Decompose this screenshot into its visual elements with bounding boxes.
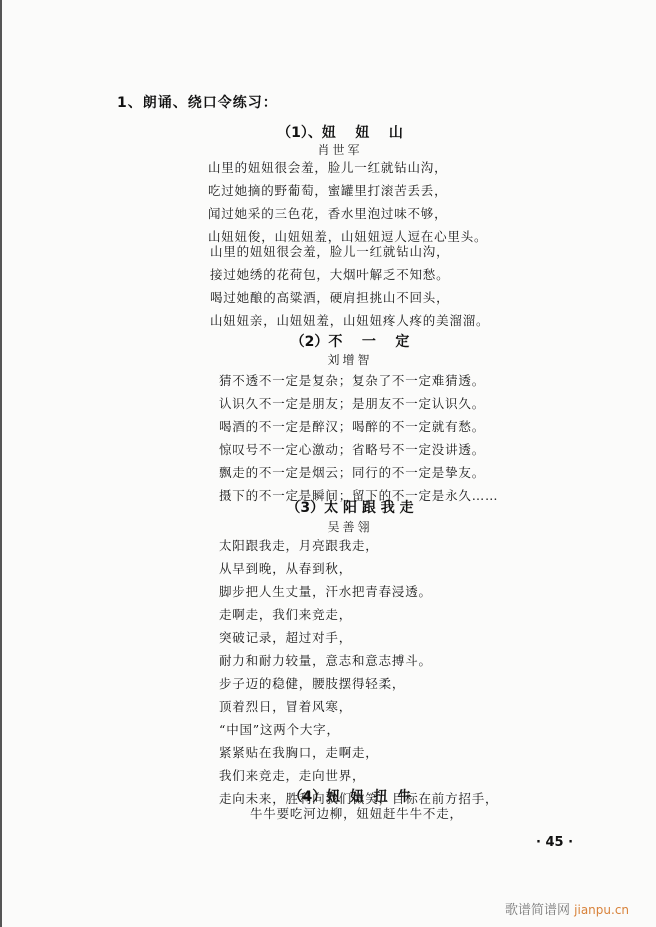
verse-line: 耐力和耐力较量，意志和意志搏斗。 bbox=[219, 649, 498, 672]
poem-3-stanza-1: 太阳跟我走，月亮跟我走， 从早到晚，从春到秋， 脚步把人生丈量，汗水把青春浸透。… bbox=[219, 534, 498, 810]
verse-line: 脚步把人生丈量，汗水把青春浸透。 bbox=[219, 580, 498, 603]
verse-line: 飘走的不一定是烟云；同行的不一定是挚友。 bbox=[219, 461, 498, 484]
verse-line: “中国”这两个大字， bbox=[219, 718, 498, 741]
verse-line: 接过她绣的花荷包，大烟叶解乏不知愁。 bbox=[210, 263, 489, 286]
poem-4-stanza-1: 牛牛要吃河边柳，妞妞赶牛牛不走， bbox=[250, 802, 463, 825]
watermark: 歌谱简谱网 jianpu.cn bbox=[505, 899, 629, 918]
verse-line: 突破记录，超过对手， bbox=[219, 626, 498, 649]
verse-line: 我们来竞走，走向世界， bbox=[219, 764, 498, 787]
verse-line: 喝过她酿的高粱酒，硬肩担挑山不回头， bbox=[210, 286, 489, 309]
poem-1-stanza-2: 山里的妞妞很会羞，脸儿一红就钻山沟， 接过她绣的花荷包，大烟叶解乏不知愁。 喝过… bbox=[210, 240, 489, 332]
verse-line: 顶着烈日，冒着风寒， bbox=[219, 695, 498, 718]
verse-line: 惊叹号不一定心激动；省略号不一定没讲透。 bbox=[219, 438, 498, 461]
verse-line: 山里的妞妞很会羞，脸儿一红就钻山沟， bbox=[208, 156, 487, 179]
verse-line: 猜不透不一定是复杂；复杂了不一定难猜透。 bbox=[219, 369, 498, 392]
verse-line: 太阳跟我走，月亮跟我走， bbox=[219, 534, 498, 557]
watermark-site-name: 歌谱简谱网 bbox=[505, 903, 570, 918]
watermark-site-domain: jianpu.cn bbox=[574, 903, 629, 917]
poem-2-stanza-1: 猜不透不一定是复杂；复杂了不一定难猜透。 认识久不一定是朋友；是朋友不一定认识久… bbox=[219, 369, 498, 507]
page-number: · 45 · bbox=[536, 835, 573, 850]
verse-line: 牛牛要吃河边柳，妞妞赶牛牛不走， bbox=[250, 802, 463, 825]
poem-1-stanza-1: 山里的妞妞很会羞，脸儿一红就钻山沟， 吃过她摘的野葡萄，蜜罐里打滚苦丢丢， 闻过… bbox=[208, 156, 487, 248]
section-heading: 1、朗诵、绕口令练习： bbox=[117, 92, 278, 112]
verse-line: 走啊走，我们来竞走， bbox=[219, 603, 498, 626]
poem-author-2: 刘增智 bbox=[300, 351, 400, 368]
verse-line: 紧紧贴在我胸口，走啊走， bbox=[219, 741, 498, 764]
poem-title-1: （1）、妞 妞 山 bbox=[260, 122, 420, 142]
poem-title-3: （3）太 阳 跟 我 走 bbox=[285, 497, 415, 517]
verse-line: 从早到晚，从春到秋， bbox=[219, 557, 498, 580]
verse-line: 喝酒的不一定是醉汉；喝醉的不一定就有愁。 bbox=[219, 415, 498, 438]
poem-author-3: 吴善翎 bbox=[300, 518, 400, 535]
verse-line: 山妞妞亲，山妞妞羞，山妞妞疼人疼的美溜溜。 bbox=[210, 309, 489, 332]
verse-line: 步子迈的稳健，腰肢摆得轻柔， bbox=[219, 672, 498, 695]
verse-line: 闻过她采的三色花，香水里泡过味不够， bbox=[208, 202, 487, 225]
verse-line: 吃过她摘的野葡萄，蜜罐里打滚苦丢丢， bbox=[208, 179, 487, 202]
verse-line: 山里的妞妞很会羞，脸儿一红就钻山沟， bbox=[210, 240, 489, 263]
page-scan-edge bbox=[0, 0, 2, 927]
verse-line: 认识久不一定是朋友；是朋友不一定认识久。 bbox=[219, 392, 498, 415]
poem-title-2: （2）不 一 定 bbox=[280, 331, 420, 351]
